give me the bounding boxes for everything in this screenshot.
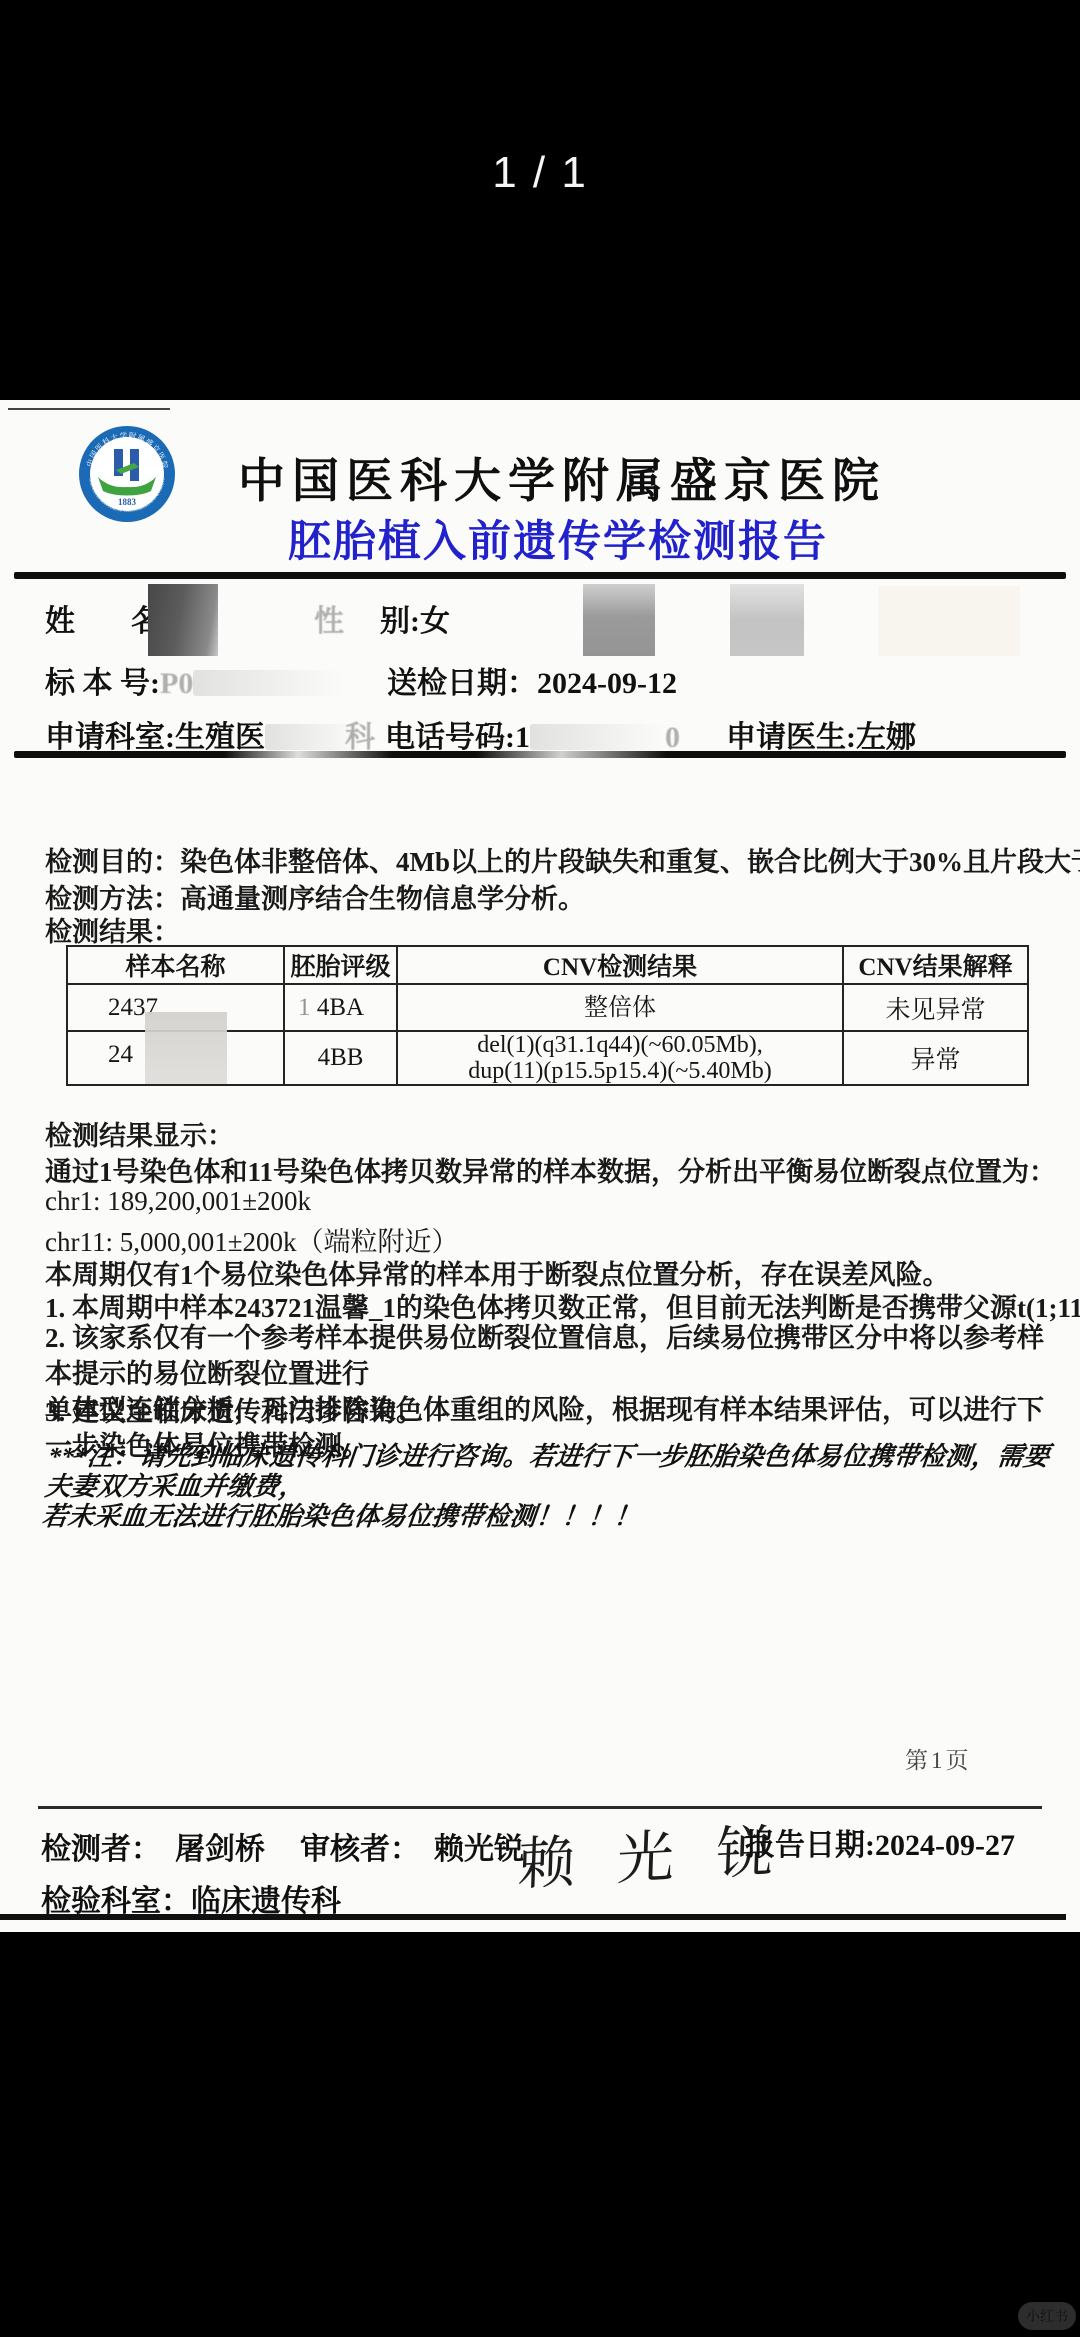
send-date-label: 送检日期： [387,667,537,700]
redaction-sample-names [145,1012,227,1084]
document-canvas[interactable]: 中国医科大学附属盛京医院 SHENGJING HOSPITAL OF CHINA… [0,400,1080,1932]
report-date-label: 报告日期: [745,1829,875,1862]
send-date-value: 2024-09-12 [537,667,677,700]
doctor-field: 申请医生:左娜 [726,712,916,756]
scan-artifact-line [8,408,170,410]
purpose-label: 检测目的： [45,847,180,877]
page-indicator: 1 / 1 [0,148,1080,198]
col-cnv-result: CNV检测结果 [397,946,843,984]
redaction-block-3 [878,586,1020,656]
patient-name-row: 姓名 [45,596,161,640]
platform-watermark-badge: 小红书 [1018,2302,1076,2330]
specimen-value: P0 [160,667,193,700]
sample-prefix: 24 [108,1041,133,1069]
footer-divider-bottom [0,1914,1066,1920]
cnv-line1: del(1)(q31.1q44)(~60.05Mb), [398,1032,842,1058]
gender-label: 别: [380,605,420,638]
cell-cnv: 整倍体 [397,984,843,1031]
tester-value: 屠剑桥 [175,1833,265,1866]
reviewer-value: 赖光锐 [434,1833,524,1866]
redaction-block-2 [730,584,804,656]
findings-intro: 通过1号染色体和11号染色体拷贝数异常的样本数据，分析出平衡易位断裂点位置为： [45,1150,1055,1189]
tester-field: 检测者：屠剑桥 [41,1824,265,1868]
page-number: 第1页 [905,1742,972,1775]
reviewer-label: 审核者： [300,1833,420,1866]
gender-field: 别:女 [380,596,450,640]
doctor-value: 左娜 [856,721,916,754]
report-date-field: 报告日期:2024-09-27 [745,1820,1015,1864]
cell-cnv: del(1)(q31.1q44)(~60.05Mb), dup(11)(p15.… [397,1031,843,1085]
specimen-field: 标 本 号:P0 [45,658,343,702]
cnv-line2: dup(11)(p15.5p15.4)(~5.40Mb) [398,1058,842,1084]
purpose-text: 染色体非整倍体、4Mb以上的片段缺失和重复、嵌合比例大于30%且片段大于10Mb… [180,847,1080,877]
phone-value: 1 [515,721,530,754]
hospital-logo: 中国医科大学附属盛京医院 SHENGJING HOSPITAL OF CHINA… [78,425,176,523]
purpose-line: 检测目的：染色体非整倍体、4Mb以上的片段缺失和重复、嵌合比例大于30%且片段大… [45,840,1055,879]
note-warning: ***注：请先到临床遗传科门诊进行咨询。若进行下一步胚胎染色体易位携带检测，需要… [40,1442,1059,1532]
findings-item3: 3. 建议至临床遗传科门诊咨询。 [45,1390,1055,1429]
department-value: 生殖医 [175,721,265,754]
phone-field: 电话号码:10 [385,712,680,756]
tester-label: 检测者： [41,1833,161,1866]
department-field: 申请科室:生殖医 [45,712,360,756]
col-embryo-grade: 胚胎评级 [284,946,397,984]
name-label: 姓 [45,605,75,638]
results-label: 检测结果： [45,910,1055,949]
report-title: 胚胎植入前遗传学检测报告 [288,508,828,576]
redaction-name [148,584,218,656]
cell-grade: 4BB [284,1031,397,1085]
phone-trailing-char: 0 [665,721,680,754]
findings-chr1: chr1: 189,200,001±200k [45,1186,1055,1217]
reviewer-field: 审核者：赖光锐 [300,1824,524,1868]
doctor-label: 申请医生: [726,721,856,754]
findings-title: 检测结果显示： [45,1114,1055,1153]
col-cnv-interpretation: CNV结果解释 [843,946,1028,984]
results-table-header-row: 样本名称 胚胎评级 CNV检测结果 CNV结果解释 [67,946,1028,984]
department-trailing-char: 科 [345,712,375,756]
hospital-name: 中国医科大学附属盛京医院 [238,444,886,511]
cell-interpretation: 未见异常 [843,984,1028,1031]
send-date-field: 送检日期：2024-09-12 [387,658,677,702]
phone-washout [530,724,665,750]
phone-label: 电话号码: [385,721,515,754]
footer-divider-top [38,1806,1042,1809]
report-date-value: 2024-09-27 [875,1829,1015,1862]
cell-grade: 4BA [284,984,397,1031]
cell-interpretation: 异常 [843,1031,1028,1085]
department-label: 申请科室: [45,721,175,754]
col-sample-name: 样本名称 [67,946,284,984]
specimen-washout [193,670,343,696]
divider-bottom [14,751,1066,758]
gender-value: 女 [420,605,450,638]
specimen-label: 标 本 号: [45,667,160,700]
gender-partial-char: 性 [314,596,344,640]
logo-year: 1883 [118,497,137,507]
redaction-block-1 [583,584,655,656]
divider-top [14,572,1066,579]
